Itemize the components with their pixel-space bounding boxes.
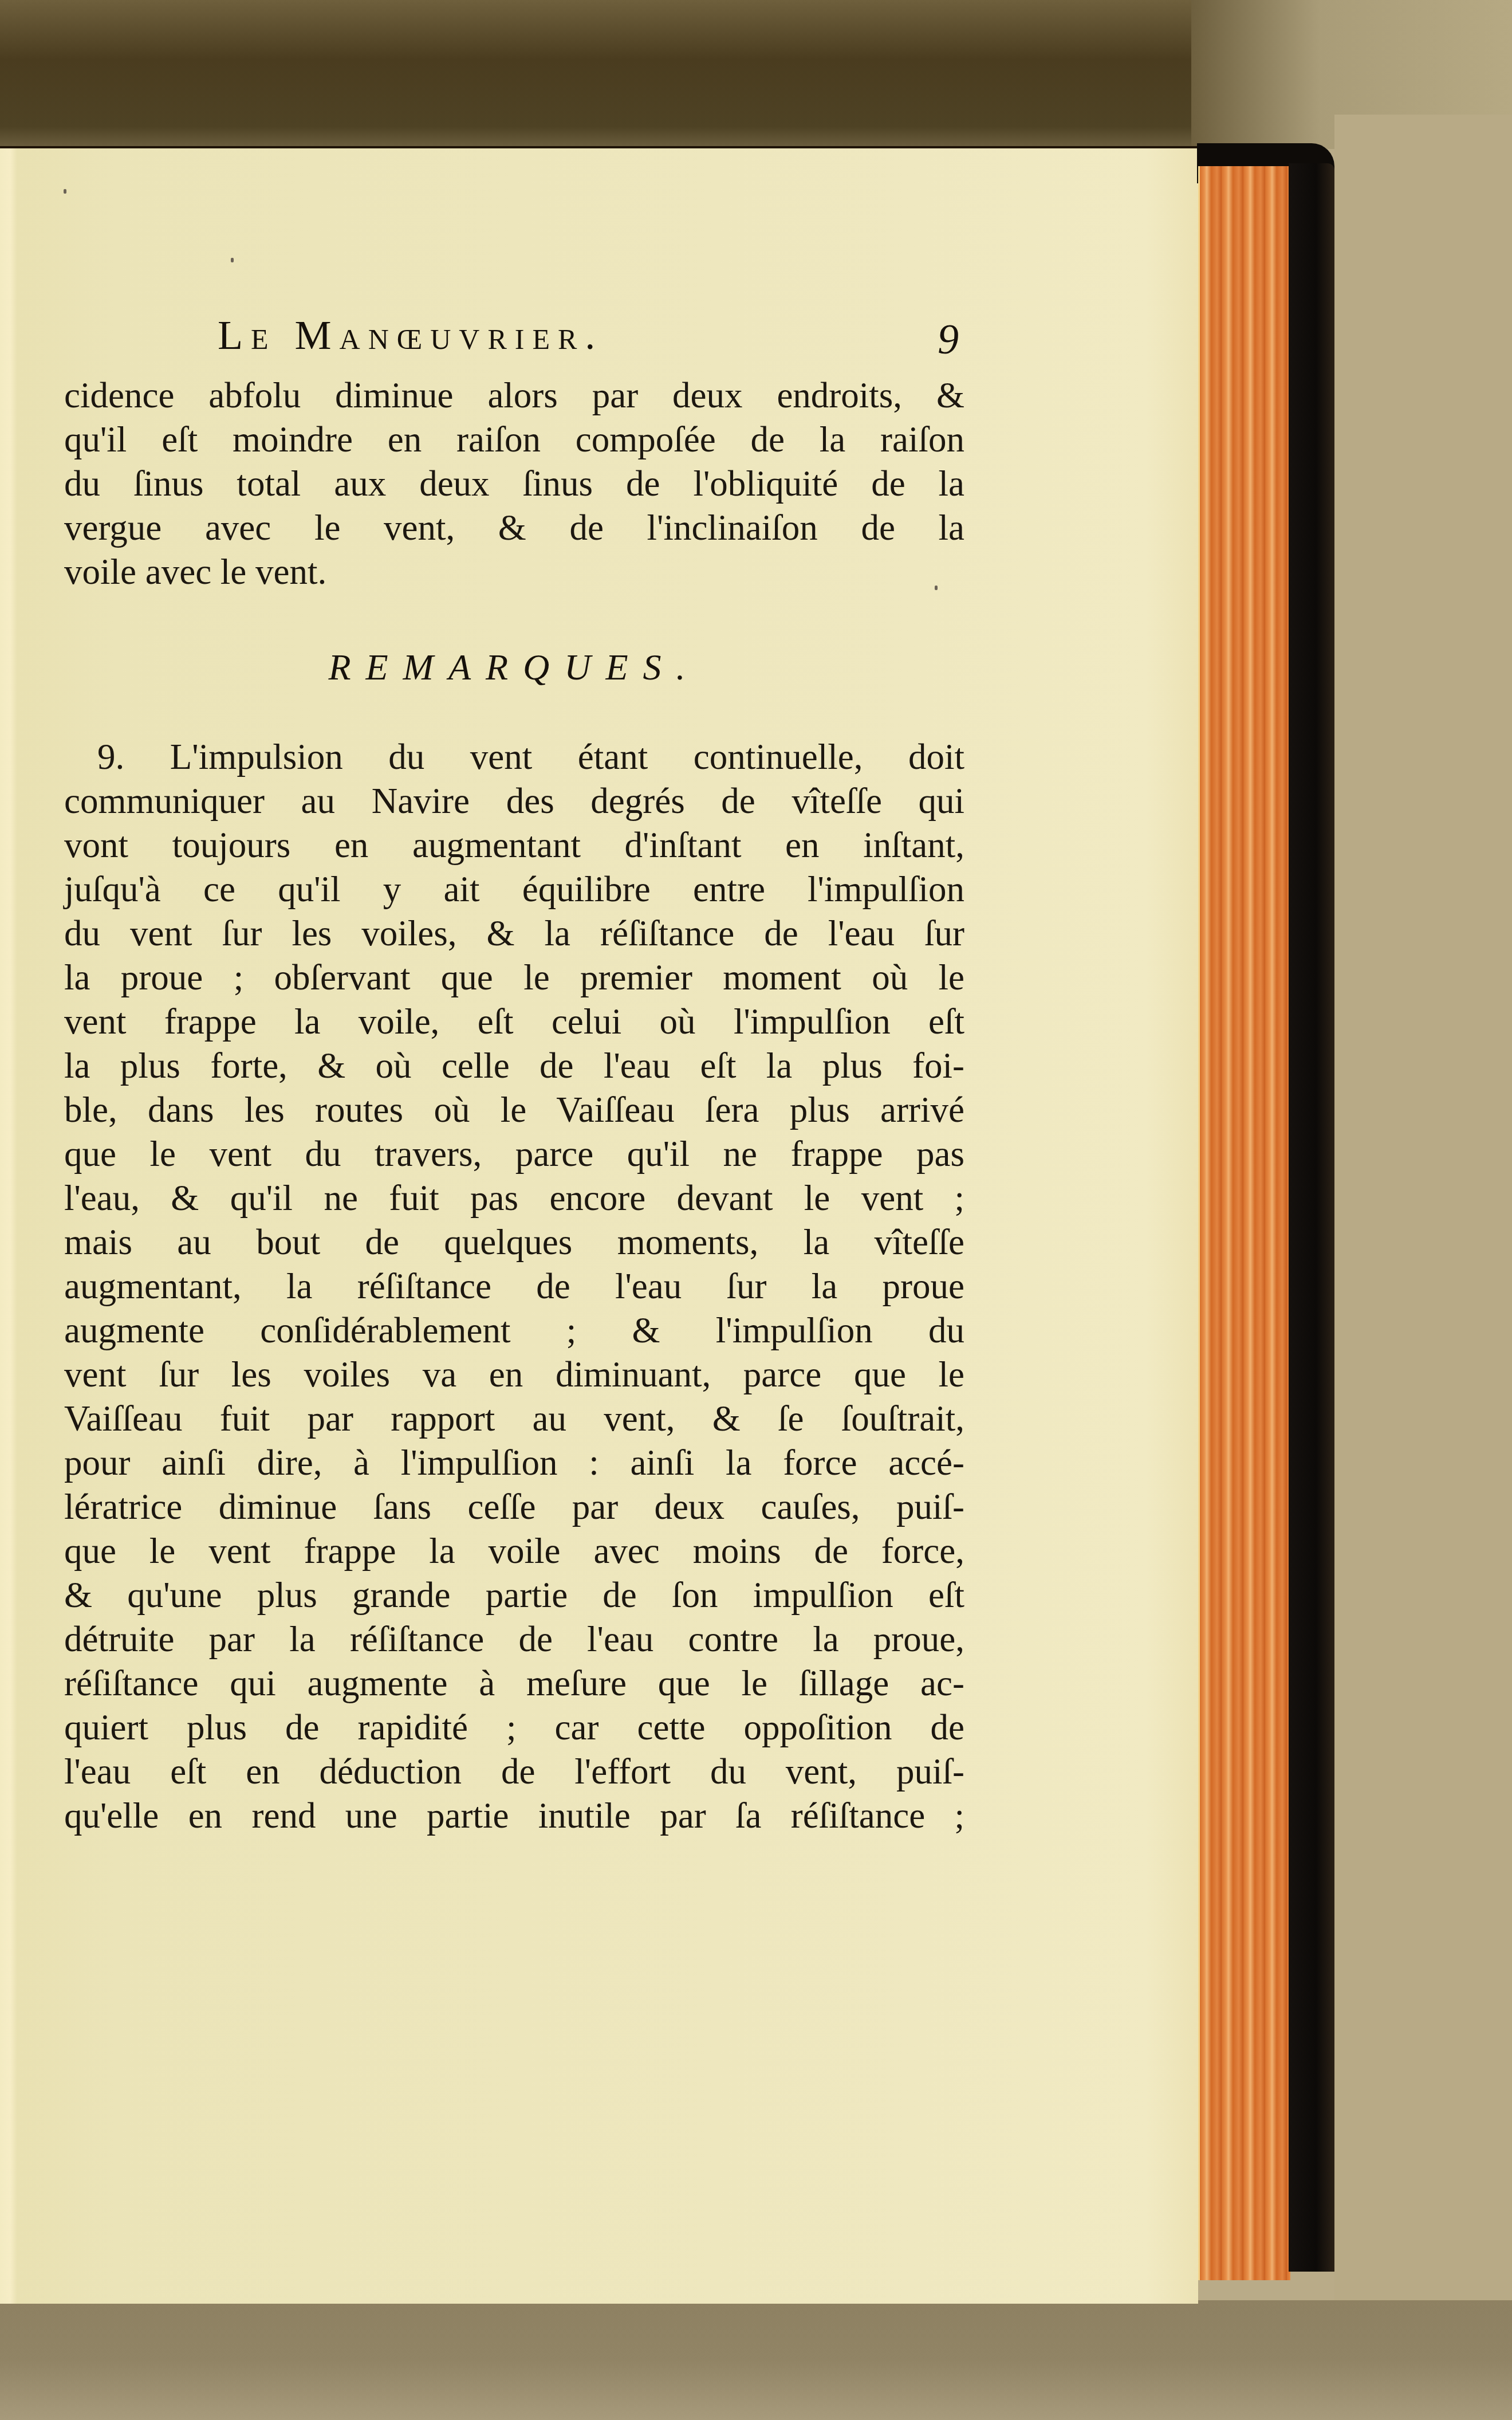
text-line: augmentant, la réſiſtance de l'eau ſur l…	[64, 1264, 964, 1309]
text-line: cidence abfolu diminue alors par deux en…	[64, 374, 964, 418]
text-line: & qu'une plus grande partie de ſon impul…	[64, 1573, 964, 1617]
text-line: l'eau, & qu'il ne fuit pas encore devant…	[64, 1176, 964, 1220]
text-line: juſqu'à ce qu'il y ait équilibre entre l…	[64, 867, 964, 912]
running-head: Le Manœuvrier. 9	[64, 309, 964, 361]
text-line: lératrice diminue ſans ceſſe par deux ca…	[64, 1485, 964, 1529]
text-line: vent frappe la voile, eſt celui où l'imp…	[64, 1000, 964, 1044]
book-fore-edge	[1198, 166, 1290, 2280]
text-line: que le vent frappe la voile avec moins d…	[64, 1529, 964, 1573]
text-line: Vaiſſeau fuit par rapport au vent, & ſe …	[64, 1397, 964, 1441]
text-line: du vent ſur les voiles, & la réſiſtance …	[64, 912, 964, 956]
text-line: vergue avec le vent, & de l'inclinaiſon …	[64, 506, 964, 550]
running-title: Le Manœuvrier.	[218, 309, 603, 361]
text-line: ble, dans les routes où le Vaiſſeau ſera…	[64, 1088, 964, 1132]
background-right	[1334, 115, 1512, 2420]
text-line: mais au bout de quelques moments, la vît…	[64, 1220, 964, 1264]
text-line: la proue ; obſervant que le premier mome…	[64, 956, 964, 1000]
text-line: augmente conſidérablement ; & l'impulſio…	[64, 1309, 964, 1353]
text-line: la plus forte, & où celle de l'eau eſt l…	[64, 1044, 964, 1088]
text-line: que le vent du travers, parce qu'il ne f…	[64, 1132, 964, 1176]
text-line: voile avec le vent.	[64, 550, 964, 594]
text-line: vent ſur les voiles va en diminuant, par…	[64, 1353, 964, 1397]
ink-speck	[231, 258, 234, 262]
text-line: réſiſtance qui augmente à meſure que le …	[64, 1661, 964, 1706]
ink-speck	[935, 586, 938, 590]
ink-speck	[64, 189, 66, 194]
text-line: communiquer au Navire des degrés de vîte…	[64, 779, 964, 823]
background-bottom	[0, 2300, 1512, 2420]
page-number: 9	[938, 314, 959, 366]
text-line: l'eau eſt en déduction de l'effort du ve…	[64, 1750, 964, 1794]
text-line: du ſinus total aux deux ſinus de l'obliq…	[64, 462, 964, 506]
text-line: détruite par la réſiſtance de l'eau cont…	[64, 1617, 964, 1661]
text-line: qu'elle en rend une partie inutile par ſ…	[64, 1794, 964, 1838]
text-line: 9. L'impulsion du vent étant continuelle…	[97, 735, 964, 779]
text-line: pour ainſi dire, à l'impulſion : ainſi l…	[64, 1441, 964, 1485]
text-line: quiert plus de rapidité ; car cette oppo…	[64, 1706, 964, 1750]
section-title: REMARQUES.	[0, 642, 1029, 693]
book-cover-spine-edge	[1289, 163, 1334, 2272]
text-line: vont toujours en augmentant d'inſtant en…	[64, 823, 964, 867]
text-line: qu'il eſt moindre en raiſon compoſée de …	[64, 418, 964, 462]
